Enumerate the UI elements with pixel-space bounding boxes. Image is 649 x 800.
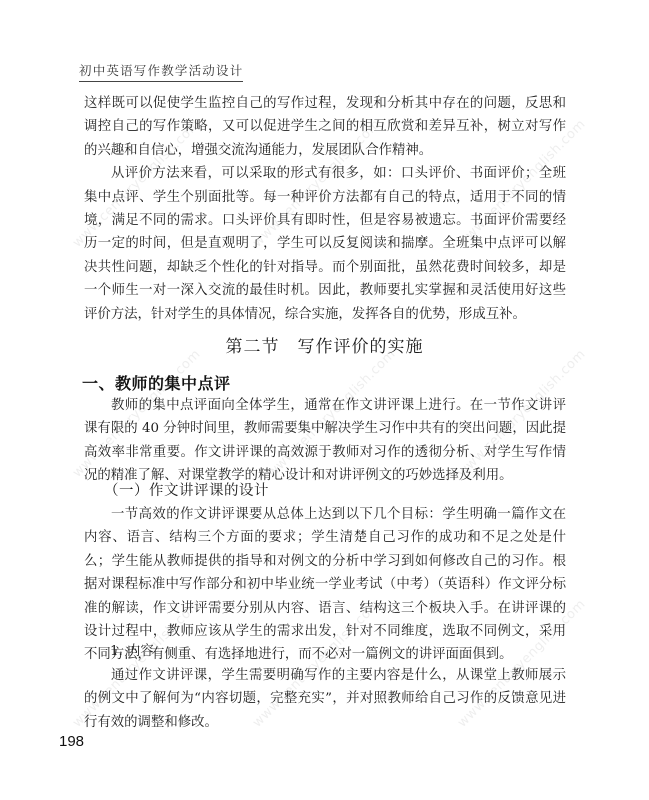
paragraph: 通过作文讲评课，学生需要明确写作的主要内容是什么，从课堂上教师展示的例文中了解何… bbox=[84, 664, 566, 734]
page-number: 198 bbox=[59, 733, 84, 750]
heading-level-2: （一）作文讲评课的设计 bbox=[104, 479, 269, 500]
running-header: 初中英语写作教学活动设计 bbox=[79, 63, 243, 82]
section-number: 第二节 bbox=[226, 337, 280, 357]
paragraph: 这样既可以促使学生监控自己的写作过程，发现和分析其中存在的问题，反思和调控自己的… bbox=[84, 92, 566, 162]
text-block: 教师的集中点评面向全体学生，通常在作文讲评课上进行。在一节作文讲评课有限的 40… bbox=[84, 394, 566, 488]
intro-text-block: 这样既可以促使学生监控自己的写作过程，发现和分析其中存在的问题，反思和调控自己的… bbox=[84, 92, 566, 326]
paragraph: 一节高效的作文讲评课要从总体上达到以下几个目标：学生明确一篇作文在内容、语言、结… bbox=[84, 503, 566, 667]
section-title: 第二节写作评价的实施 bbox=[0, 332, 649, 357]
heading-level-3: 1. 内容 bbox=[110, 640, 154, 663]
text-block: 一节高效的作文讲评课要从总体上达到以下几个目标：学生明确一篇作文在内容、语言、结… bbox=[84, 503, 566, 667]
paragraph: 从评价方法来看，可以采取的形式有很多，如：口头评价、书面评价；全班集中点评、学生… bbox=[84, 162, 566, 326]
section-title-text: 写作评价的实施 bbox=[298, 337, 424, 357]
heading-level-1: 一、教师的集中点评 bbox=[82, 371, 231, 394]
book-page: www.centuryenglish.com www.centuryenglis… bbox=[0, 0, 649, 800]
text-block: 通过作文讲评课，学生需要明确写作的主要内容是什么，从课堂上教师展示的例文中了解何… bbox=[84, 664, 566, 734]
paragraph: 教师的集中点评面向全体学生，通常在作文讲评课上进行。在一节作文讲评课有限的 40… bbox=[84, 394, 566, 488]
